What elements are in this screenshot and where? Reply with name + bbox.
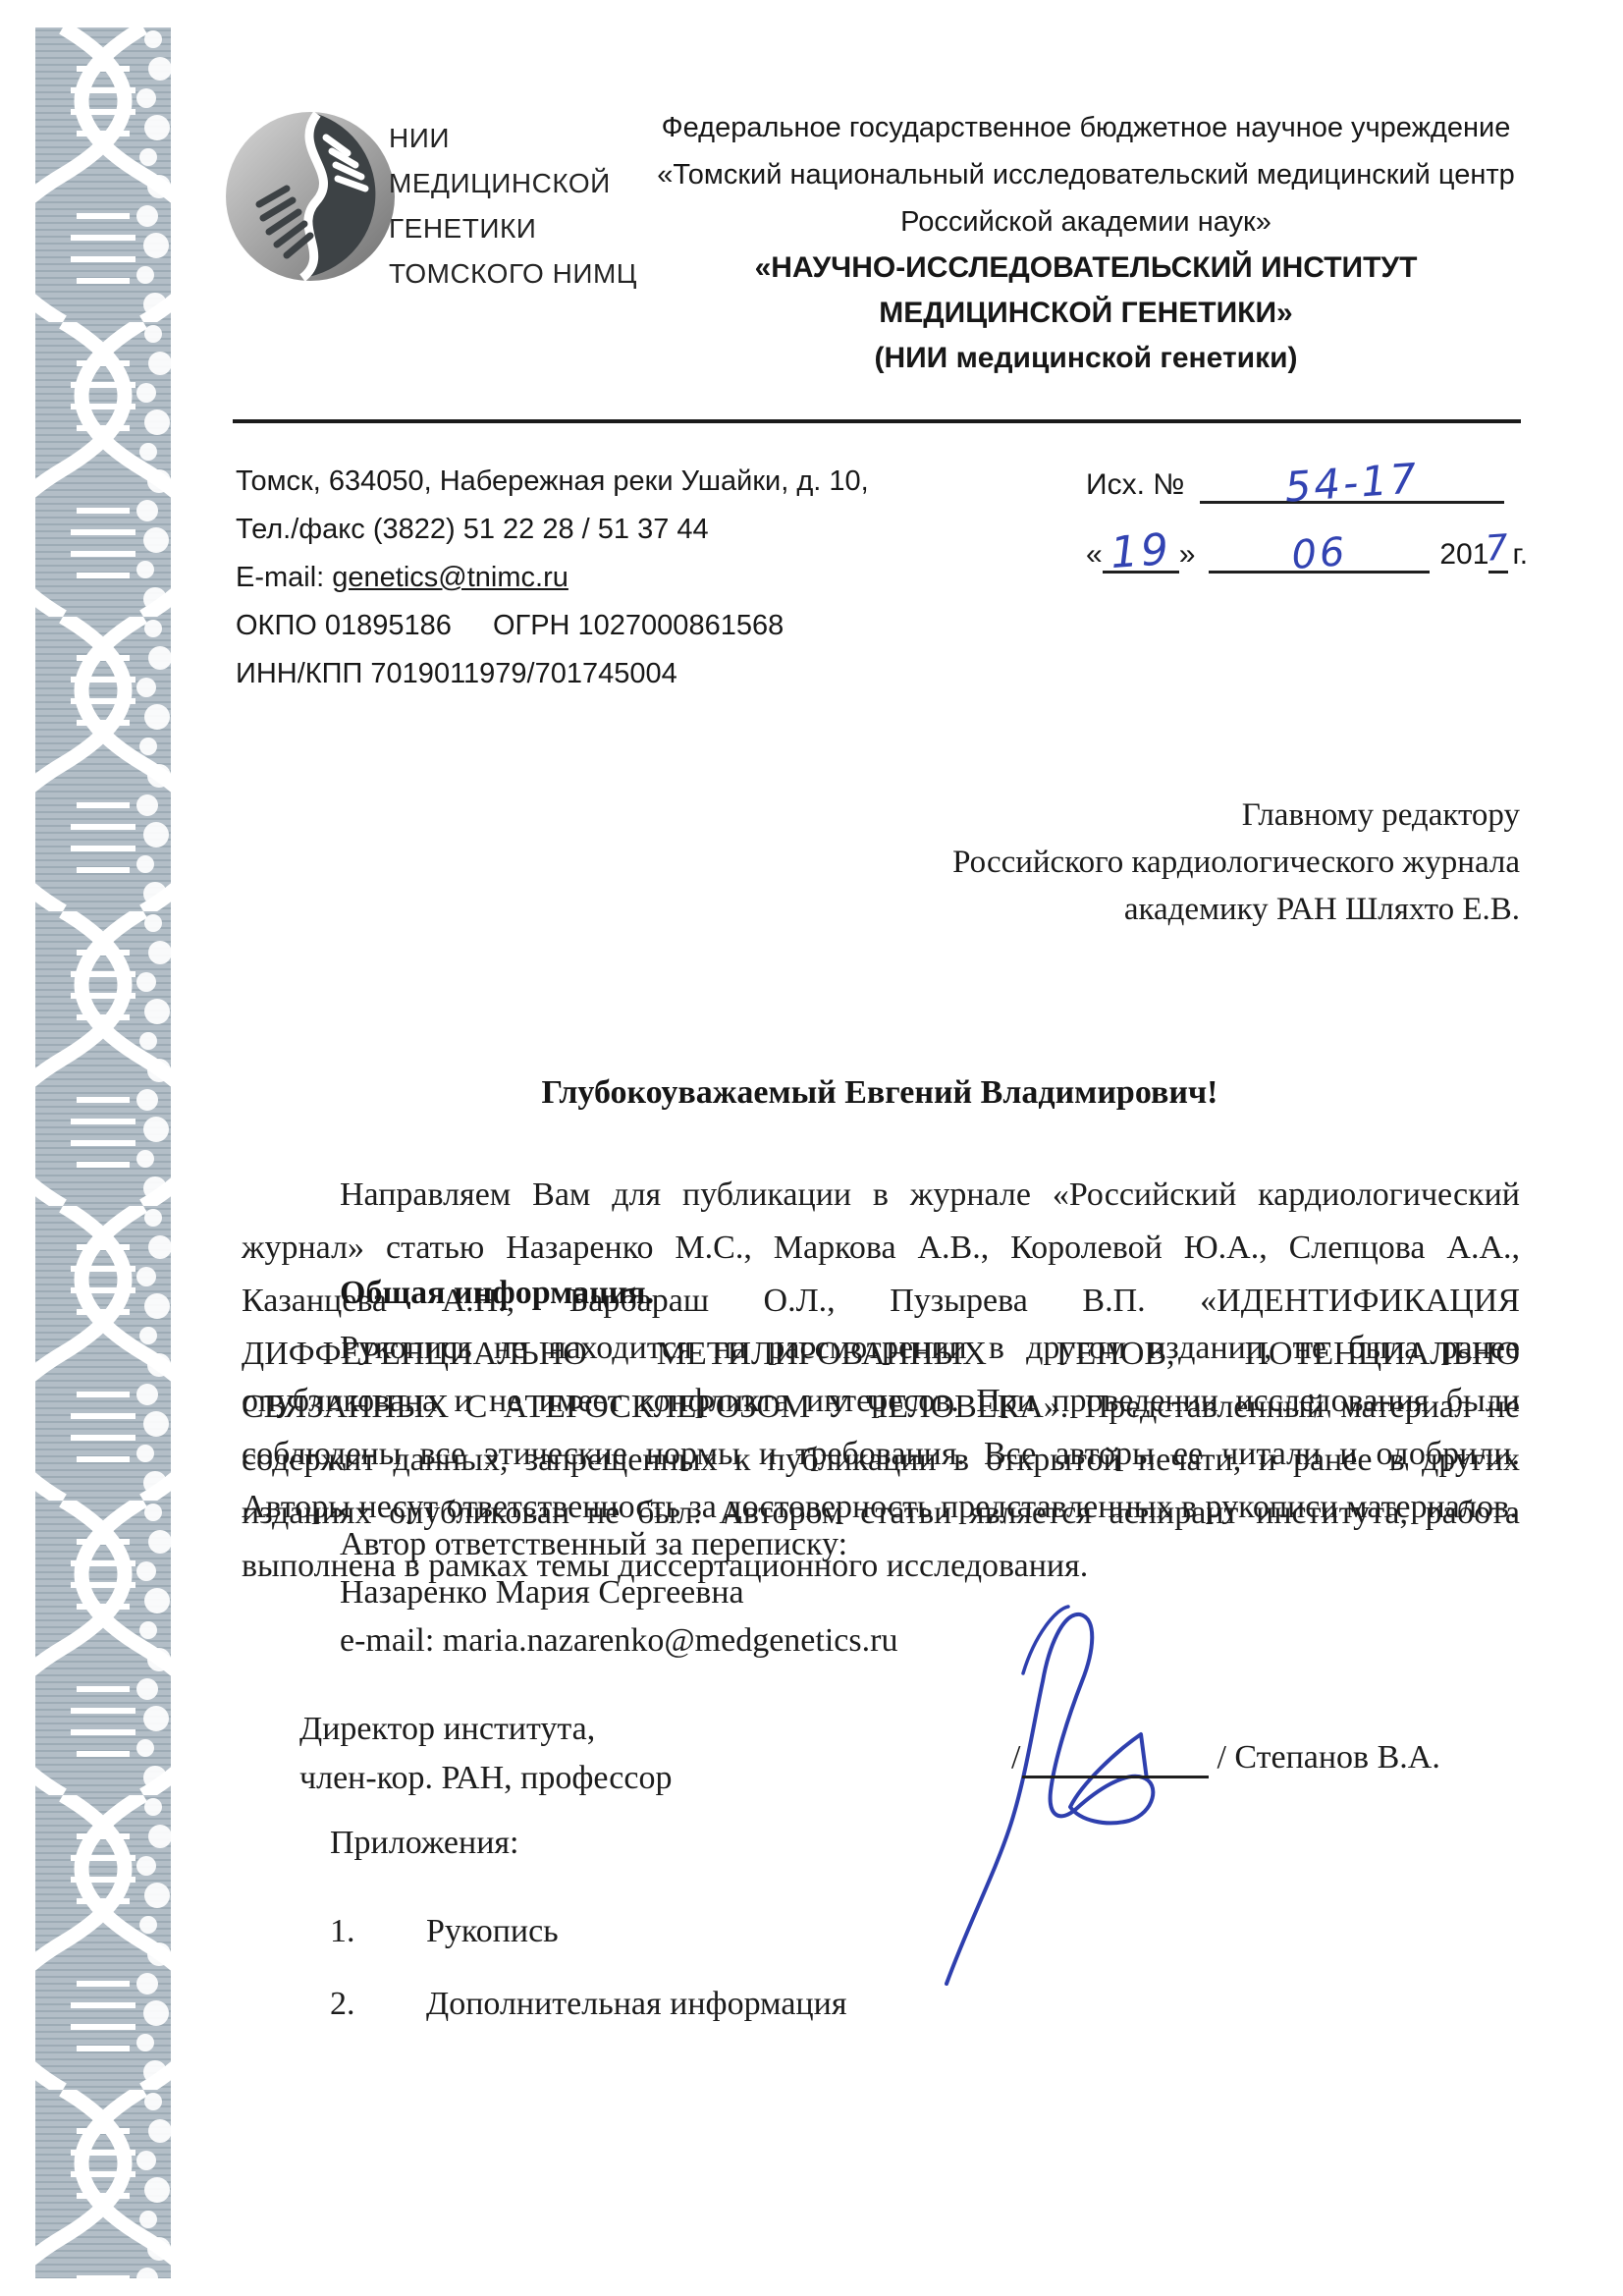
attachment-number: 2. bbox=[330, 1986, 426, 2023]
signature-slash: / bbox=[1011, 1739, 1020, 1778]
year-digit-blank: 7 bbox=[1488, 529, 1508, 574]
signer-name: / Степанов В.А. bbox=[1217, 1739, 1439, 1778]
outgoing-number-block: Исх. № 54-17 « 19 » 06 201 7 г. bbox=[1086, 460, 1528, 574]
attachment-number: 1. bbox=[330, 1913, 426, 1950]
signature-line-row: / / Степанов В.А. bbox=[1011, 1736, 1440, 1778]
institute-logo-image bbox=[222, 108, 399, 285]
logo-text-line: ГЕНЕТИКИ bbox=[389, 206, 637, 251]
org-header-bold-line: (НИИ медицинской генетики) bbox=[628, 336, 1543, 381]
header-divider bbox=[233, 419, 1521, 423]
outgoing-date-row: « 19 » 06 201 7 г. bbox=[1086, 529, 1528, 574]
salutation: Глубокоуважаемый Евгений Владимирович! bbox=[245, 1074, 1514, 1112]
day-blank: 19 bbox=[1103, 529, 1179, 574]
year-printed: 201 bbox=[1439, 538, 1488, 574]
signer-position-line: член-кор. РАН, профессор bbox=[299, 1754, 672, 1803]
handwritten-outgoing-number: 54-17 bbox=[1283, 454, 1421, 511]
year-suffix: г. bbox=[1512, 538, 1528, 574]
contact-email-label: E-mail: bbox=[236, 562, 332, 593]
signer-position-line: Директор института, bbox=[299, 1705, 672, 1754]
addressee-block: Главному редактору Российского кардиолог… bbox=[884, 792, 1520, 933]
institute-logo-text: НИИ МЕДИЦИНСКОЙ ГЕНЕТИКИ ТОМСКОГО НИМЦ bbox=[389, 116, 637, 297]
org-header-bold-line: «НАУЧНО-ИССЛЕДОВАТЕЛЬСКИЙ ИНСТИТУТ bbox=[628, 246, 1543, 291]
close-quote: » bbox=[1179, 538, 1196, 574]
org-header: Федеральное государственное бюджетное на… bbox=[628, 104, 1543, 381]
addressee-line: академику РАН Шляхто Е.В. bbox=[884, 886, 1520, 933]
addressee-line: Главному редактору bbox=[884, 792, 1520, 839]
open-quote: « bbox=[1086, 538, 1103, 574]
outgoing-number-label: Исх. № bbox=[1086, 468, 1184, 504]
contact-ogrn: ОГРН 1027000861568 bbox=[493, 610, 784, 641]
contact-address: Томск, 634050, Набережная реки Ушайки, д… bbox=[236, 458, 869, 506]
outgoing-number-row: Исх. № 54-17 bbox=[1086, 460, 1528, 504]
attachment-item: 2.Дополнительная информация bbox=[330, 1986, 846, 2023]
handwritten-year-digit: 7 bbox=[1485, 527, 1513, 570]
contact-phone: Тел./факс (3822) 51 22 28 / 51 37 44 bbox=[236, 506, 869, 554]
corresponding-author-email: e-mail: maria.nazarenko@medgenetics.ru bbox=[340, 1616, 897, 1665]
attachment-label: Рукопись bbox=[426, 1913, 559, 1949]
contact-email-line: E-mail: genetics@tnimc.ru bbox=[236, 554, 869, 602]
scanned-letter-page: НИИ МЕДИЦИНСКОЙ ГЕНЕТИКИ ТОМСКОГО НИМЦ Ф… bbox=[0, 0, 1623, 2296]
logo-text-line: МЕДИЦИНСКОЙ bbox=[389, 161, 637, 206]
org-header-line: Российской академии наук» bbox=[628, 198, 1543, 246]
addressee-line: Российского кардиологического журнала bbox=[884, 839, 1520, 886]
logo-text-line: НИИ bbox=[389, 116, 637, 161]
contact-block: Томск, 634050, Набережная реки Ушайки, д… bbox=[236, 458, 869, 698]
corresponding-author-block: Автор ответственный за переписку: Назаре… bbox=[340, 1520, 897, 1665]
signature-blank-line bbox=[1022, 1736, 1209, 1778]
dna-helix-border bbox=[35, 27, 171, 2278]
signature-handwriting bbox=[913, 1579, 1217, 1992]
institute-logo bbox=[222, 108, 399, 285]
corresponding-author-name: Назаренко Мария Сергеевна bbox=[340, 1568, 897, 1616]
attachment-item: 1.Рукопись bbox=[330, 1913, 559, 1950]
org-header-line: Федеральное государственное бюджетное на… bbox=[628, 104, 1543, 151]
org-header-bold-line: МЕДИЦИНСКОЙ ГЕНЕТИКИ» bbox=[628, 291, 1543, 336]
handwritten-day: 19 bbox=[1109, 524, 1172, 578]
handwritten-month: 06 bbox=[1290, 529, 1349, 578]
contact-inn: ИНН/КПП 7019011979/701745004 bbox=[236, 650, 869, 698]
body-paragraph-2: Рукопись не находится на рассмотрении в … bbox=[242, 1322, 1520, 1534]
corresponding-author-heading: Автор ответственный за переписку: bbox=[340, 1520, 897, 1568]
contact-okpo: ОКПО 01895186 bbox=[236, 610, 452, 641]
contact-okpo-ogrn-line: ОКПО 01895186ОГРН 1027000861568 bbox=[236, 602, 869, 650]
month-blank: 06 bbox=[1209, 529, 1430, 574]
contact-email: genetics@tnimc.ru bbox=[332, 562, 568, 593]
logo-text-line: ТОМСКОГО НИМЦ bbox=[389, 251, 637, 297]
outgoing-number-blank: 54-17 bbox=[1200, 460, 1504, 504]
signer-position: Директор института, член-кор. РАН, профе… bbox=[299, 1705, 672, 1803]
attachments-heading: Приложения: bbox=[330, 1825, 518, 1862]
section-heading: Общая информация. bbox=[340, 1275, 654, 1312]
org-header-line: «Томский национальный исследовательский … bbox=[628, 151, 1543, 198]
attachment-label: Дополнительная информация bbox=[426, 1986, 846, 2022]
